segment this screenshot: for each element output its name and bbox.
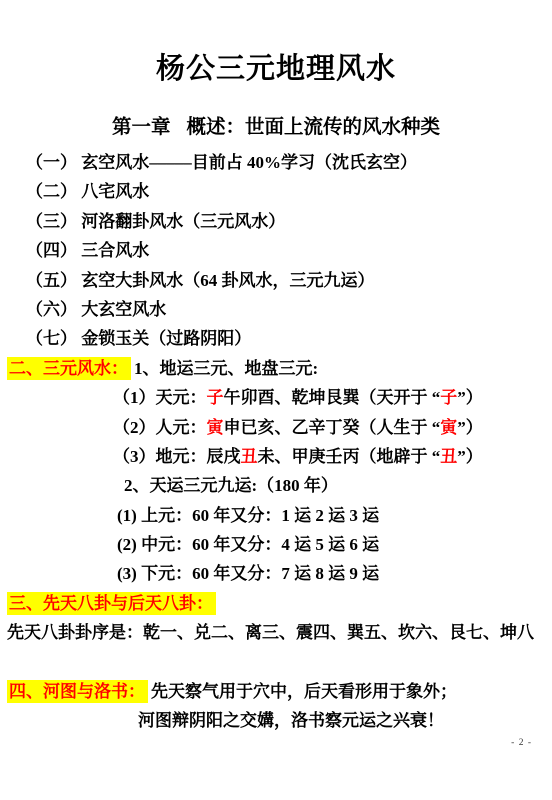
tianyuan-red-char-1: 子 — [207, 388, 224, 407]
tianyuan-red-char-2: 子 — [440, 388, 457, 407]
blank-line — [0, 648, 552, 677]
chapter-number: 第一章 — [112, 117, 171, 138]
document-body: （一） 玄空风水–––––目前占 40%学习（沈氏玄空） （二） 八宅风水 （三… — [0, 148, 552, 736]
tianyuan-prefix: （1）天元： — [113, 388, 207, 407]
diyuan-line: （3）地元：辰戌丑未、甲庚壬丙（地辟于 “丑”） — [0, 442, 552, 471]
list-item-5: （五） 玄空大卦风水（64 卦风水，三元九运） — [0, 266, 552, 295]
list-item-6: （六） 大玄空风水 — [0, 295, 552, 324]
renyuan-red-char-2: 寅 — [440, 418, 457, 437]
list-item-7: （七） 金锁玉关（过路阴阳） — [0, 324, 552, 353]
renyuan-prefix: （2）人元： — [113, 418, 207, 437]
tianyun-intro-line: 2、天运三元九运:（180 年） — [0, 471, 552, 500]
section-2-heading-line: 二、三元风水：1、地运三元、地盘三元: — [0, 354, 552, 383]
section-4-heading-line: 四、河图与洛书：先天察气用于穴中，后天看形用于象外； — [0, 677, 552, 706]
diyuan-mid: 未、甲庚壬丙（地辟于 “ — [258, 447, 441, 466]
section-4-heading-highlight: 四、河图与洛书： — [7, 680, 148, 703]
section-2-intro: 1、地运三元、地盘三元: — [134, 359, 318, 378]
diyuan-prefix: （3）地元：辰戌 — [113, 447, 241, 466]
section-4-text-line-2: 河图辩阴阳之交媾，洛书察元运之兴衰！ — [0, 706, 552, 735]
section-3-heading-highlight: 三、先天八卦与后天八卦： — [7, 592, 216, 615]
diyuan-red-char-2: 丑 — [440, 447, 457, 466]
section-2-heading-highlight: 二、三元风水： — [7, 357, 131, 380]
section-3-heading-line: 三、先天八卦与后天八卦： — [0, 589, 552, 618]
page-number: - 2 - — [511, 738, 532, 748]
list-item-3: （三） 河洛翻卦风水（三元风水） — [0, 207, 552, 236]
tianyuan-line: （1）天元：子午卯酉、乾坤艮巽（天开于 “子”） — [0, 383, 552, 412]
diyuan-suffix: ”） — [457, 447, 483, 466]
section-4-text-line-1: 先天察气用于穴中，后天看形用于象外； — [151, 682, 457, 701]
renyuan-mid: 申已亥、乙辛丁癸（人生于 “ — [224, 418, 441, 437]
diyuan-red-char-1: 丑 — [241, 447, 258, 466]
list-item-4: （四） 三合风水 — [0, 236, 552, 265]
xiantian-bagua-order-line: 先天八卦卦序是：乾一、兑二、离三、震四、巽五、坎六、艮七、坤八 — [0, 618, 552, 647]
list-item-2: （二） 八宅风水 — [0, 177, 552, 206]
chapter-heading: 第一章概述：世面上流传的风水种类 — [0, 111, 552, 139]
renyuan-suffix: ”） — [457, 418, 483, 437]
document-page: 杨公三元地理风水 第一章概述：世面上流传的风水种类 （一） 玄空风水–––––目… — [0, 0, 552, 800]
list-item-1: （一） 玄空风水–––––目前占 40%学习（沈氏玄空） — [0, 148, 552, 177]
chapter-title: 概述：世面上流传的风水种类 — [187, 117, 441, 138]
tianyuan-mid: 午卯酉、乾坤艮巽（天开于 “ — [224, 388, 441, 407]
renyuan-line: （2）人元：寅申已亥、乙辛丁癸（人生于 “寅”） — [0, 413, 552, 442]
yun-item-2: (2) 中元：60 年又分：4 运 5 运 6 运 — [0, 530, 552, 559]
renyuan-red-char-1: 寅 — [207, 418, 224, 437]
yun-item-1: (1) 上元：60 年又分：1 运 2 运 3 运 — [0, 501, 552, 530]
document-title: 杨公三元地理风水 — [0, 0, 552, 87]
tianyuan-suffix: ”） — [457, 388, 483, 407]
yun-item-3: (3) 下元：60 年又分：7 运 8 运 9 运 — [0, 559, 552, 588]
